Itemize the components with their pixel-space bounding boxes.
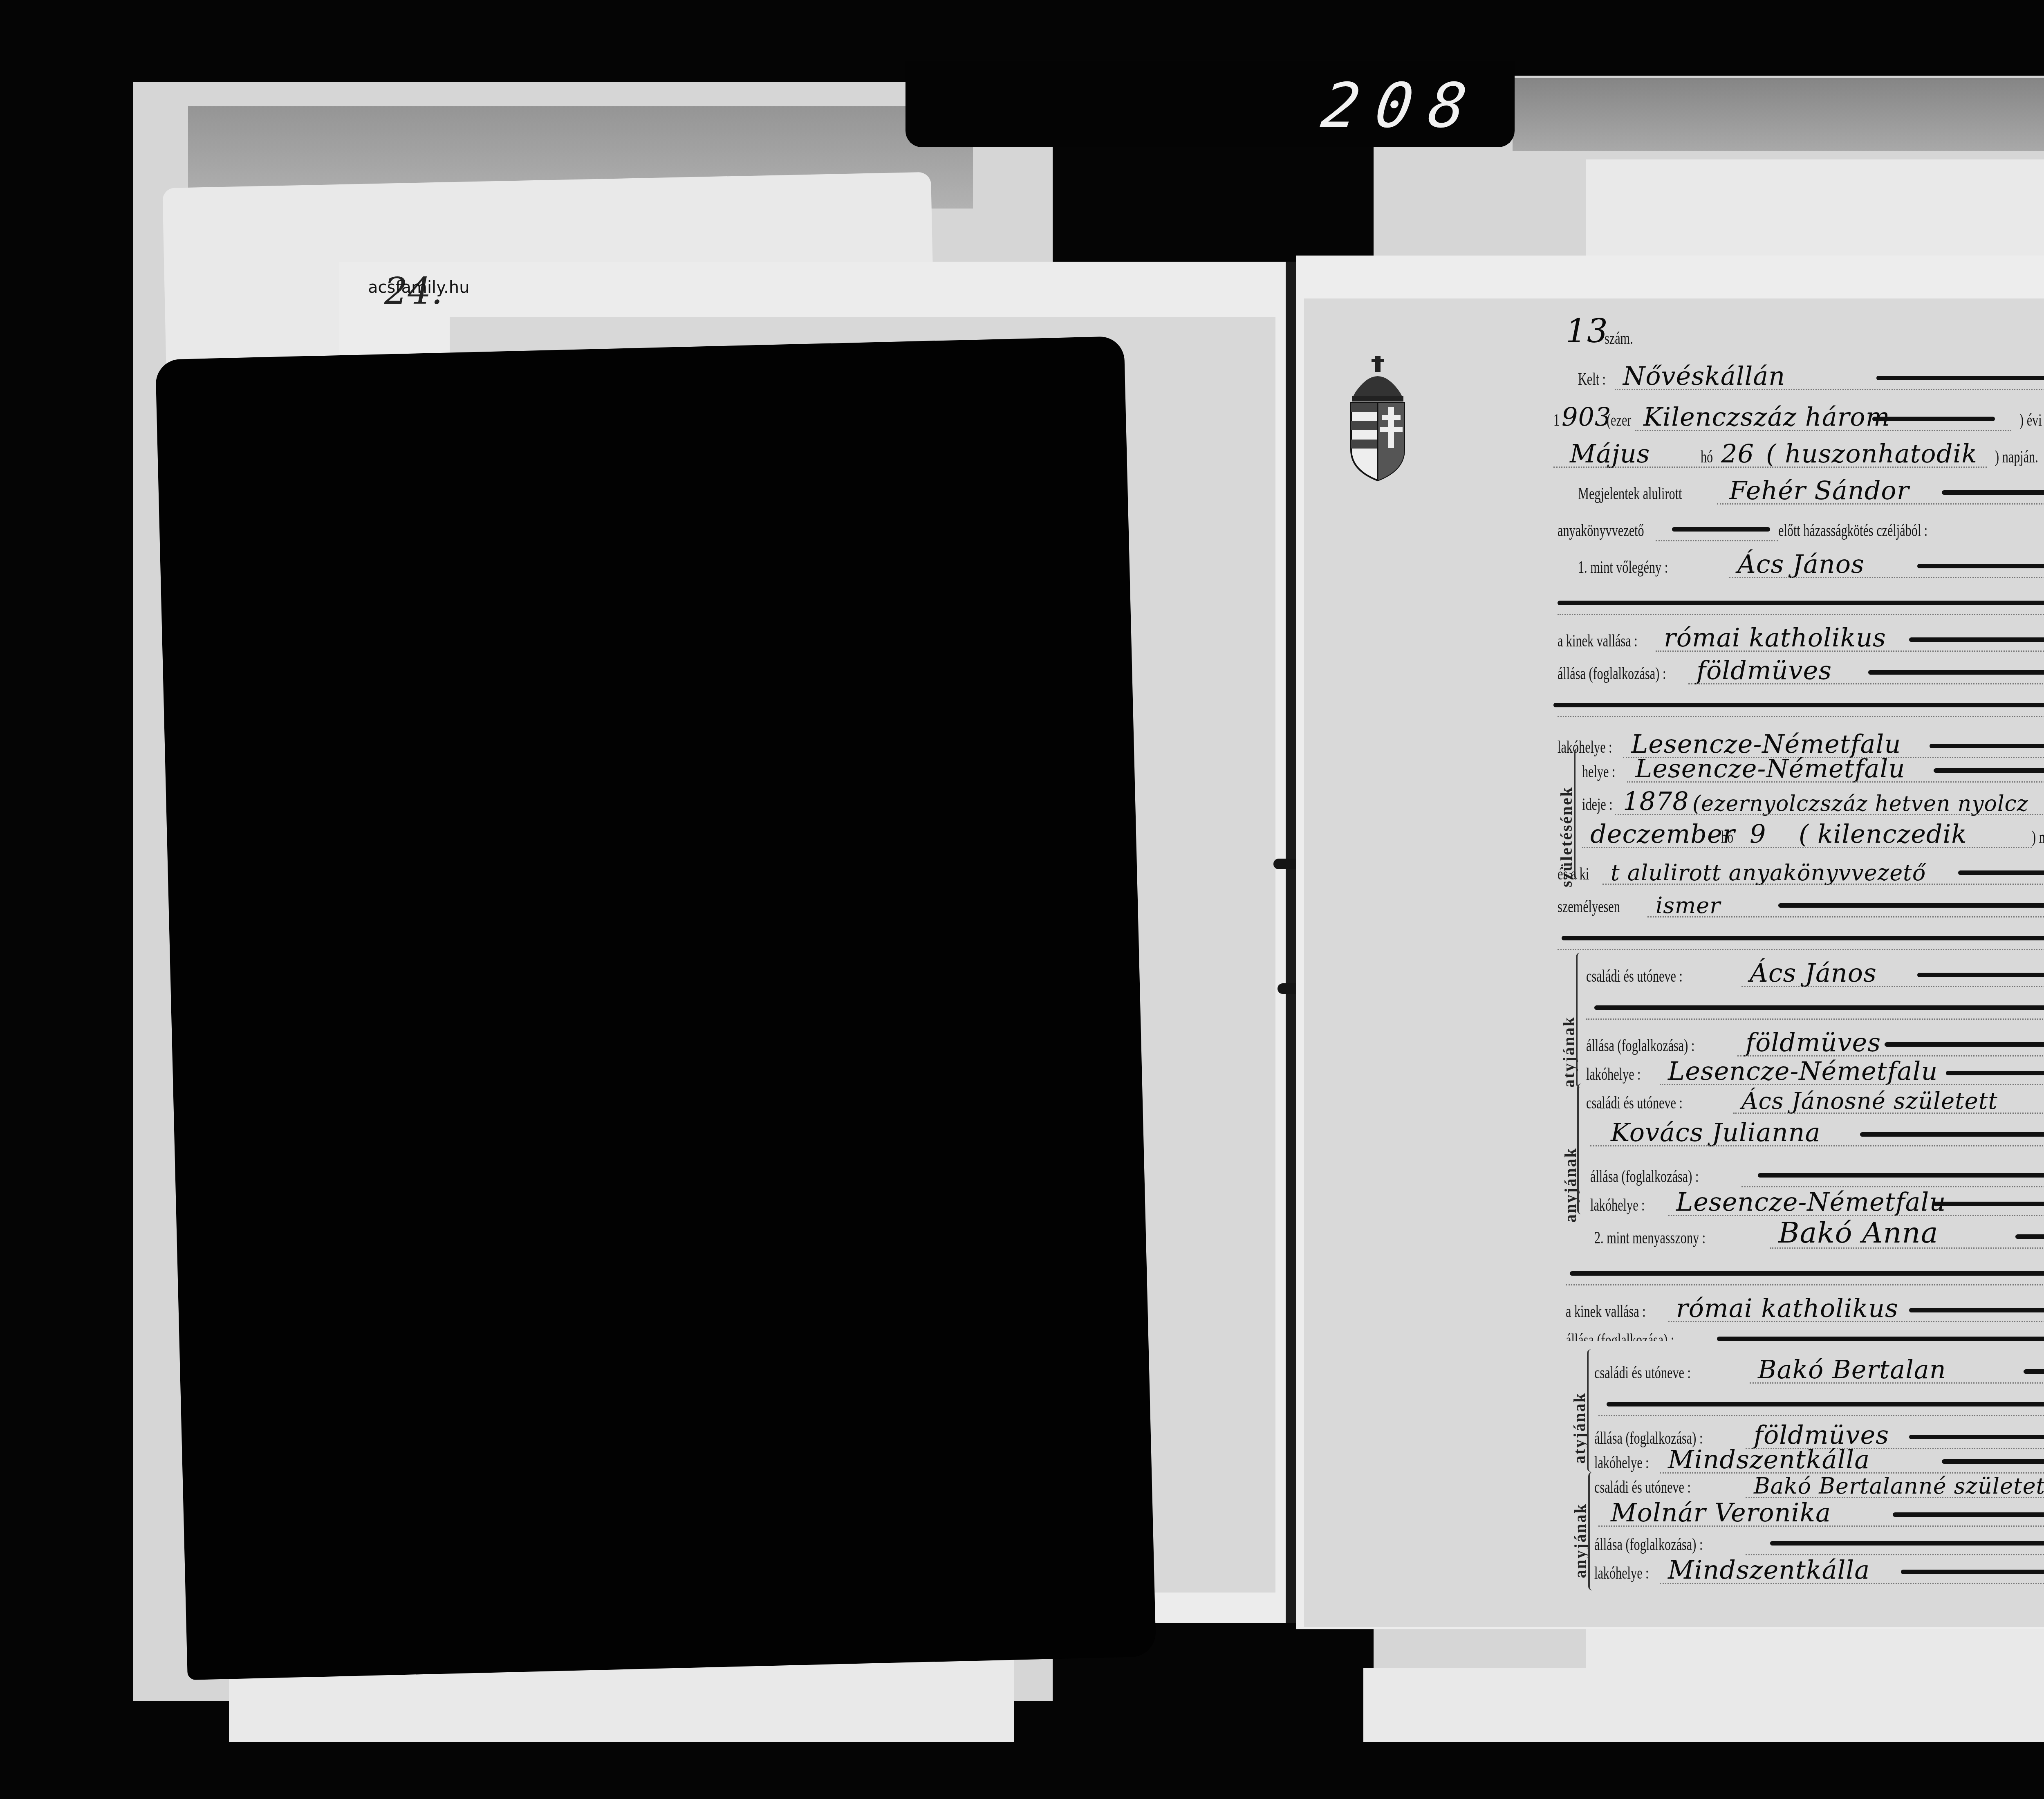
- year-prefix: 1: [1553, 410, 1560, 430]
- bride-father-nev: Bakó Bertalan: [1758, 1355, 1946, 1384]
- dotted-line: [1770, 1247, 2044, 1249]
- megjelentek-label: Megjelentek alulirott: [1578, 484, 1682, 504]
- fill-dash: [1946, 1071, 2044, 1075]
- fill-dash: [1872, 417, 1995, 421]
- groom-szemely-label: személyesen: [1558, 897, 1620, 917]
- fill-dash: [1942, 1459, 2044, 1464]
- fill-dash: [1770, 1541, 2044, 1546]
- dotted-line: [1656, 540, 1778, 541]
- month: Május: [1570, 439, 1650, 469]
- fill-dash: [2015, 1234, 2044, 1239]
- row-bride-blank: [1558, 1251, 2044, 1288]
- anyakonyvvezeto-label: anyakönyvvezető: [1558, 521, 1644, 541]
- groom-ho-label: hó: [1721, 828, 1733, 847]
- groom-father-nev-label: családi és utóneve :: [1586, 967, 1683, 986]
- year-words: Kilenczszáz három: [1643, 402, 1890, 432]
- row-bride-mother-lakohelye: lakóhelye : Mindszentkálla: [1574, 1550, 2044, 1586]
- row-record-number: 13 szám.: [1566, 315, 2044, 352]
- groom-label: 1. mint vőlegény :: [1578, 558, 1668, 577]
- fill-dash: [1672, 527, 1770, 532]
- row-groom-birth-date: deczember hó 9 ( kilenczedik ) napja,: [1566, 814, 2044, 850]
- frame-counter: 208: [905, 61, 1515, 147]
- fill-dash: [1917, 973, 2044, 977]
- bottom-card-right: [1363, 1668, 2044, 1742]
- bride-mother-lakohelye: Mindszentkálla: [1668, 1555, 1870, 1585]
- row-bride-father-nev: családi és utóneve : Bakó Bertalan: [1574, 1349, 2044, 1386]
- frame-counter-digits: 208: [1318, 70, 1487, 141]
- groom-helye: Lesencze-Németfalu: [1635, 754, 1905, 783]
- elott-label: előtt házasságkötés czéljából :: [1778, 521, 1927, 541]
- fill-dash: [1958, 870, 2044, 875]
- bride-label: 2. mint menyasszony :: [1594, 1228, 1706, 1248]
- dotted-line: [1558, 614, 2044, 615]
- groom-vallasa-label: a kinek vallása :: [1558, 631, 1638, 651]
- fill-dash: [1717, 1337, 2044, 1341]
- right-form-lower: atyjának családi és utóneve : Bakó Berta…: [1304, 1341, 2044, 1627]
- evi-label: ) évi: [2019, 410, 2042, 430]
- day: 26: [1721, 439, 1754, 469]
- record-number: 13: [1566, 312, 1608, 350]
- year-words-label: (ezer: [1607, 410, 1631, 430]
- fill-dash: [1909, 1435, 2044, 1439]
- kelt-value: Nővéskállán: [1623, 361, 1785, 391]
- groom-birth-month: deczember: [1590, 819, 1735, 849]
- fill-dash: [1553, 703, 2044, 707]
- row-bride-father-blank: [1574, 1382, 2044, 1419]
- row-groom: 1. mint vőlegény : Ács János: [1566, 544, 2044, 581]
- dotted-line: [1582, 847, 2032, 848]
- row-groom-blank: [1549, 581, 2044, 617]
- year-value: 903: [1562, 402, 1611, 432]
- day-words: ( huszonhatodik: [1766, 439, 1977, 469]
- row-groom-mother-lakohelye: lakóhelye : Lesencze-Németfalu: [1566, 1182, 2044, 1218]
- fill-dash: [2024, 1369, 2044, 1374]
- dotted-line: [1660, 1583, 2044, 1584]
- dotted-line: [1590, 1145, 2044, 1146]
- fill-dash: [1934, 768, 2044, 773]
- row-anyakonyvvezeto: anyakönyvvezető előtt házasságkötés czél…: [1558, 507, 2044, 544]
- fill-dash: [1558, 601, 2044, 605]
- fill-dash: [1885, 1042, 2044, 1047]
- groom-es-a-ki-label: és a ki: [1558, 864, 1589, 884]
- black-cover-board: [155, 336, 1156, 1680]
- groom-es-a-ki: t alulirott anyakönyvvezető: [1611, 860, 1926, 886]
- groom-ideje-year: 1878: [1623, 786, 1689, 816]
- dotted-line: [1635, 430, 2011, 431]
- dotted-line: [1566, 1284, 2044, 1285]
- row-groom-blank3: [1549, 916, 2044, 953]
- szam-label: szám.: [1605, 329, 1633, 348]
- row-groom-blank2: [1549, 683, 2044, 720]
- fill-dash: [1607, 1402, 2044, 1406]
- dotted-line: [1586, 1018, 2044, 1020]
- dotted-line: [1558, 716, 2044, 717]
- groom-mother-nev-label: családi és utóneve :: [1586, 1093, 1683, 1113]
- book-spine: [1286, 262, 1297, 1623]
- fill-dash: [1778, 903, 2044, 908]
- row-groom-ideje: ideje : 1878 (ezernyolczszáz hetven nyol…: [1566, 781, 2044, 818]
- row-groom-allasa: állása (foglalkozása) : földmüves: [1549, 650, 2044, 687]
- registrar-name: Fehér Sándor: [1729, 476, 1909, 505]
- row-groom-es-a-ki: és a ki t alulirott anyakönyvvezető: [1549, 850, 2044, 887]
- watermark: acsfamily.hu: [368, 278, 470, 297]
- row-date: Május hó 26 ( huszonhatodik ) napján.: [1553, 433, 2044, 470]
- groom-vallasa: római katholikus: [1664, 623, 1886, 653]
- dotted-line: [1615, 389, 2044, 390]
- fill-dash: [1930, 744, 2044, 748]
- groom-birth-day: 9: [1750, 819, 1766, 849]
- row-groom-mother-nev2: Kovács Julianna: [1566, 1112, 2044, 1149]
- hungarian-coat-of-arms-icon: [1339, 352, 1416, 482]
- groom-allasa: földmüves: [1697, 655, 1832, 685]
- fill-dash: [1901, 1570, 2044, 1574]
- groom-ideje-year-words: (ezernyolczszáz hetven nyolcz: [1692, 792, 2028, 816]
- kelt-label: Kelt :: [1578, 370, 1606, 389]
- row-groom-father-nev: családi és utóneve : Ács János: [1566, 953, 2044, 989]
- fill-dash: [1562, 936, 2044, 940]
- groom-mother-nev-line2: Kovács Julianna: [1611, 1117, 1820, 1147]
- fill-dash: [1934, 1202, 2044, 1206]
- fill-dash: [1909, 637, 2044, 642]
- bride-father-nev-label: családi és utóneve :: [1594, 1363, 1691, 1383]
- bride-mother-lakohelye-label: lakóhelye :: [1594, 1563, 1649, 1583]
- dotted-line: [1553, 467, 1987, 468]
- fill-dash: [1868, 670, 2044, 675]
- groom-allasa-label: állása (foglalkozása) :: [1558, 664, 1666, 684]
- dotted-line: [1729, 577, 2044, 578]
- bride-name: Bakó Anna: [1778, 1216, 1938, 1249]
- row-year: 1 903 (ezer Kilenczszáz három ) évi: [1553, 397, 2044, 433]
- fill-dash: [1909, 1308, 2044, 1312]
- row-groom-father-blank: [1566, 985, 2044, 1022]
- back-paper-right-shadow: [1513, 78, 2044, 151]
- row-kelt: Kelt : Nővéskállán: [1566, 356, 2044, 393]
- groom-father-nev: Ács János: [1750, 958, 1877, 988]
- row-groom-szemely: személyesen ismer: [1549, 883, 2044, 920]
- dotted-line: [1717, 503, 2044, 505]
- groom-mother-lakohelye: Lesencze-Németfalu: [1676, 1187, 1946, 1217]
- fill-dash: [1758, 1173, 2044, 1178]
- groom-mother-nev: Ács Jánosné született: [1741, 1088, 1998, 1115]
- row-groom-mother-nev: családi és utóneve : Ács Jánosné születe…: [1566, 1079, 2044, 1116]
- fill-dash: [1570, 1271, 2044, 1276]
- row-registrar: Megjelentek alulirott Fehér Sándor: [1566, 470, 2044, 507]
- napjan-label: ) napján.: [1995, 447, 2038, 467]
- fill-dash: [1917, 564, 2044, 568]
- fill-dash: [1942, 490, 2044, 495]
- fill-dash: [1893, 1512, 2044, 1517]
- groom-mother-lakohelye-label: lakóhelye :: [1590, 1196, 1645, 1215]
- groom-napja-label: ) napja,: [2032, 828, 2044, 847]
- dotted-line: [1558, 949, 2044, 950]
- fill-dash: [1876, 376, 2044, 380]
- groom-szemely: ismer: [1656, 893, 1721, 918]
- fill-dash: [1860, 1132, 2044, 1137]
- row-bride: 2. mint menyasszony : Bakó Anna: [1566, 1214, 2044, 1251]
- groom-ideje-label: ideje :: [1582, 795, 1613, 814]
- row-groom-vallasa: a kinek vallása : római katholikus: [1549, 617, 2044, 654]
- ho-label: hó: [1701, 447, 1713, 467]
- groom-helye-label: helye :: [1582, 762, 1615, 782]
- fill-dash: [1594, 1005, 2044, 1010]
- groom-name: Ács János: [1737, 549, 1865, 579]
- row-groom-helye: helye : Lesencze-Németfalu: [1566, 748, 2044, 785]
- groom-birth-day-words: ( kilenczedik: [1799, 819, 1967, 849]
